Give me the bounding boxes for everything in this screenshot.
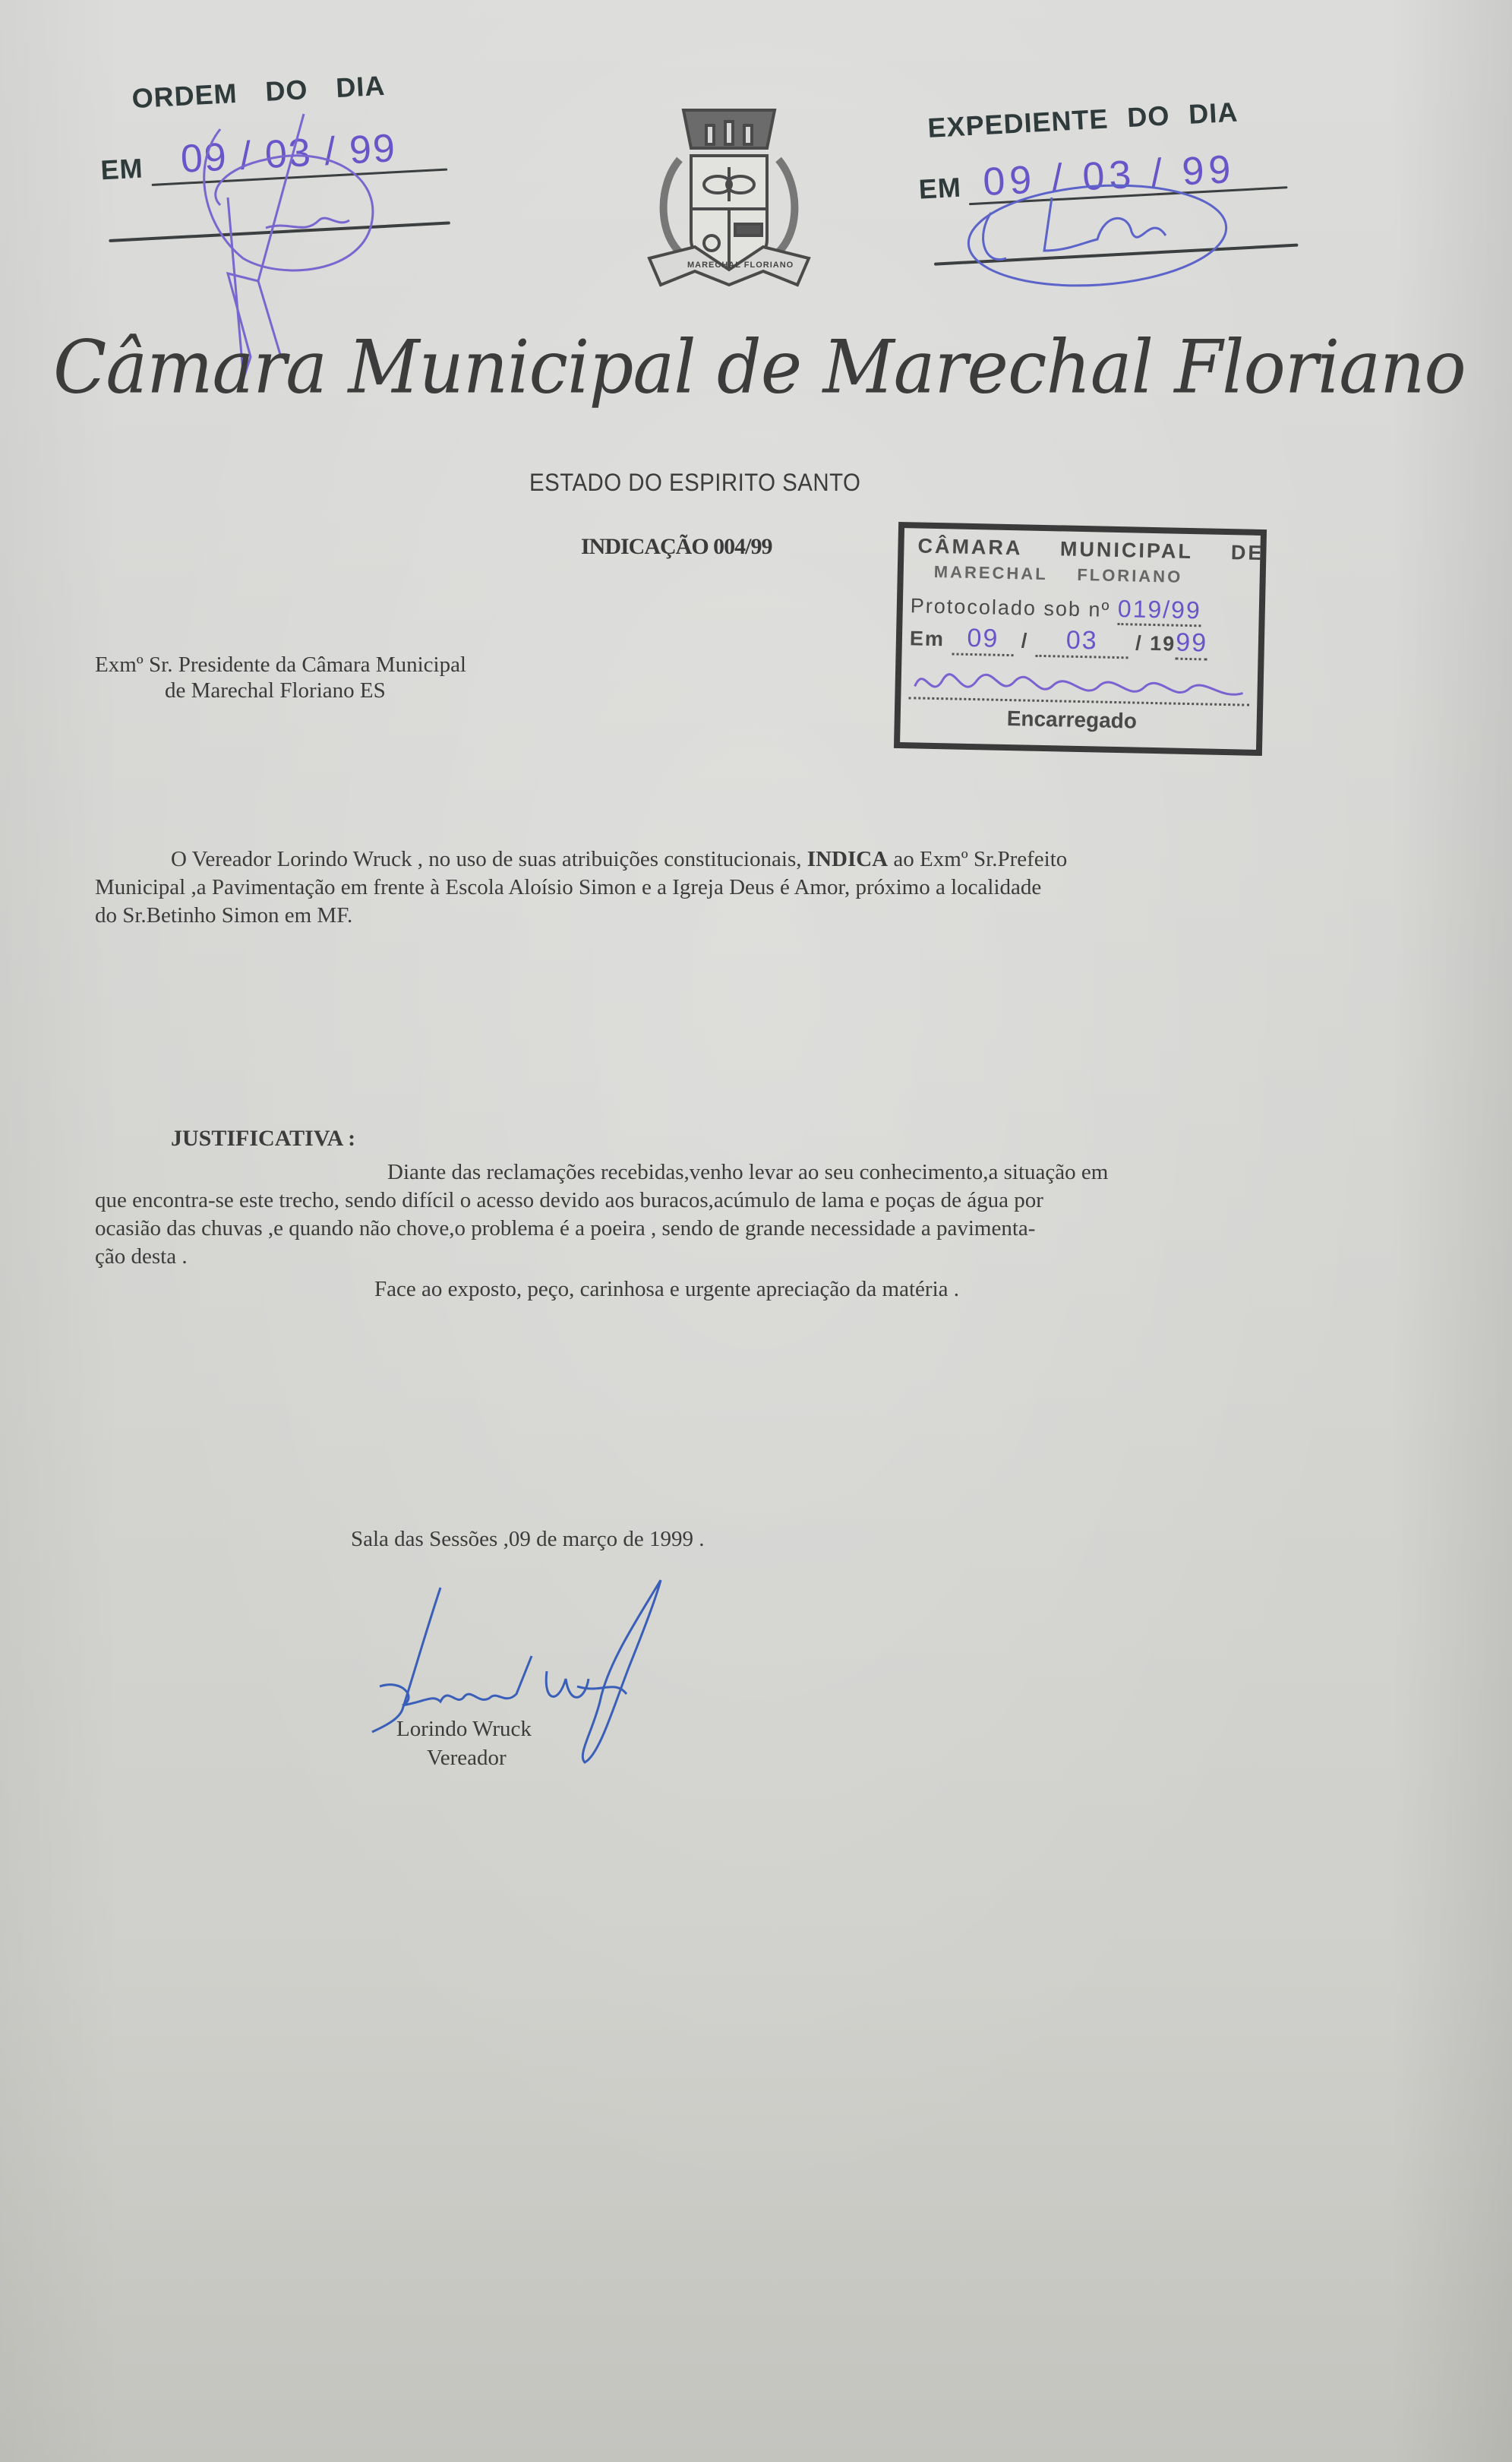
expediente-handwritten-signature <box>961 167 1234 296</box>
ordem-em-label: EM <box>99 153 144 187</box>
document-reference: INDICAÇÃO 004/99 <box>581 534 772 560</box>
protocol-date-row: Em 09 / 03 / 1999 <box>910 622 1208 660</box>
protocol-stamp-line2: MARECHAL FLORIANO <box>934 562 1183 587</box>
addressee-line1: Exmº Sr. Presidente da Câmara Municipal <box>95 652 466 678</box>
place-and-date: Sala das Sessões ,09 de março de 1999 . <box>351 1525 705 1553</box>
body-line1: O Vereador Lorindo Wruck , no uso de sua… <box>95 845 1287 874</box>
coat-of-arms-ribbon-text: MARECHAL FLORIANO <box>687 261 794 270</box>
letterhead-title: Câmara Municipal de Marechal Floriano <box>53 324 1466 409</box>
justificativa-line4: ção desta . <box>95 1243 1295 1271</box>
justificativa-closing: Face ao exposto, peço, carinhosa e urgen… <box>95 1275 1295 1304</box>
protocol-stamp-line1: CÂMARA MUNICIPAL DE <box>917 534 1264 565</box>
addressee: Exmº Sr. Presidente da Câmara Municipal … <box>95 652 466 703</box>
protocol-date-month: 03 <box>1035 625 1128 659</box>
protocol-label: Protocolado sob nº <box>911 594 1111 621</box>
body-line3: do Sr.Betinho Simon em MF. <box>95 902 1287 930</box>
protocol-date-year: 99 <box>1176 628 1208 661</box>
justificativa-line1: Diante das reclamações recebidas,venho l… <box>95 1158 1295 1187</box>
expediente-em-label: EM <box>918 172 962 206</box>
letterhead-state: ESTADO DO ESPIRITO SANTO <box>529 469 860 497</box>
expediente-title: EXPEDIENTE DO DIA <box>927 96 1239 144</box>
justificativa-line2: que encontra-se este trecho, sendo difíc… <box>95 1187 1295 1215</box>
councilor-name: Lorindo Wruck <box>396 1715 532 1743</box>
justificativa-heading: JUSTIFICATIVA : <box>171 1124 355 1152</box>
protocol-stamp: CÂMARA MUNICIPAL DE MARECHAL FLORIANO Pr… <box>894 522 1267 756</box>
justificativa-line3: ocasião das chuvas ,e quando não chove,o… <box>95 1215 1295 1243</box>
justificativa-body: Diante das reclamações recebidas,venho l… <box>95 1158 1295 1304</box>
protocol-handwritten-signature <box>908 656 1258 716</box>
coat-of-arms-icon: MARECHAL FLORIANO <box>634 95 824 300</box>
protocol-signer-label: Encarregado <box>1006 706 1137 734</box>
protocol-date-day: 09 <box>952 623 1015 656</box>
protocol-date-label: Em <box>910 627 945 650</box>
protocol-number-row: Protocolado sob nº 019/99 <box>910 590 1201 627</box>
councilor-role: Vereador <box>427 1744 507 1772</box>
indication-body: O Vereador Lorindo Wruck , no uso de sua… <box>95 845 1287 930</box>
indica-keyword: INDICA <box>807 847 888 871</box>
body-line2: Municipal ,a Pavimentação em frente à Es… <box>95 874 1287 902</box>
protocol-number: 019/99 <box>1117 595 1201 627</box>
addressee-line2: de Marechal Floriano ES <box>95 678 466 703</box>
